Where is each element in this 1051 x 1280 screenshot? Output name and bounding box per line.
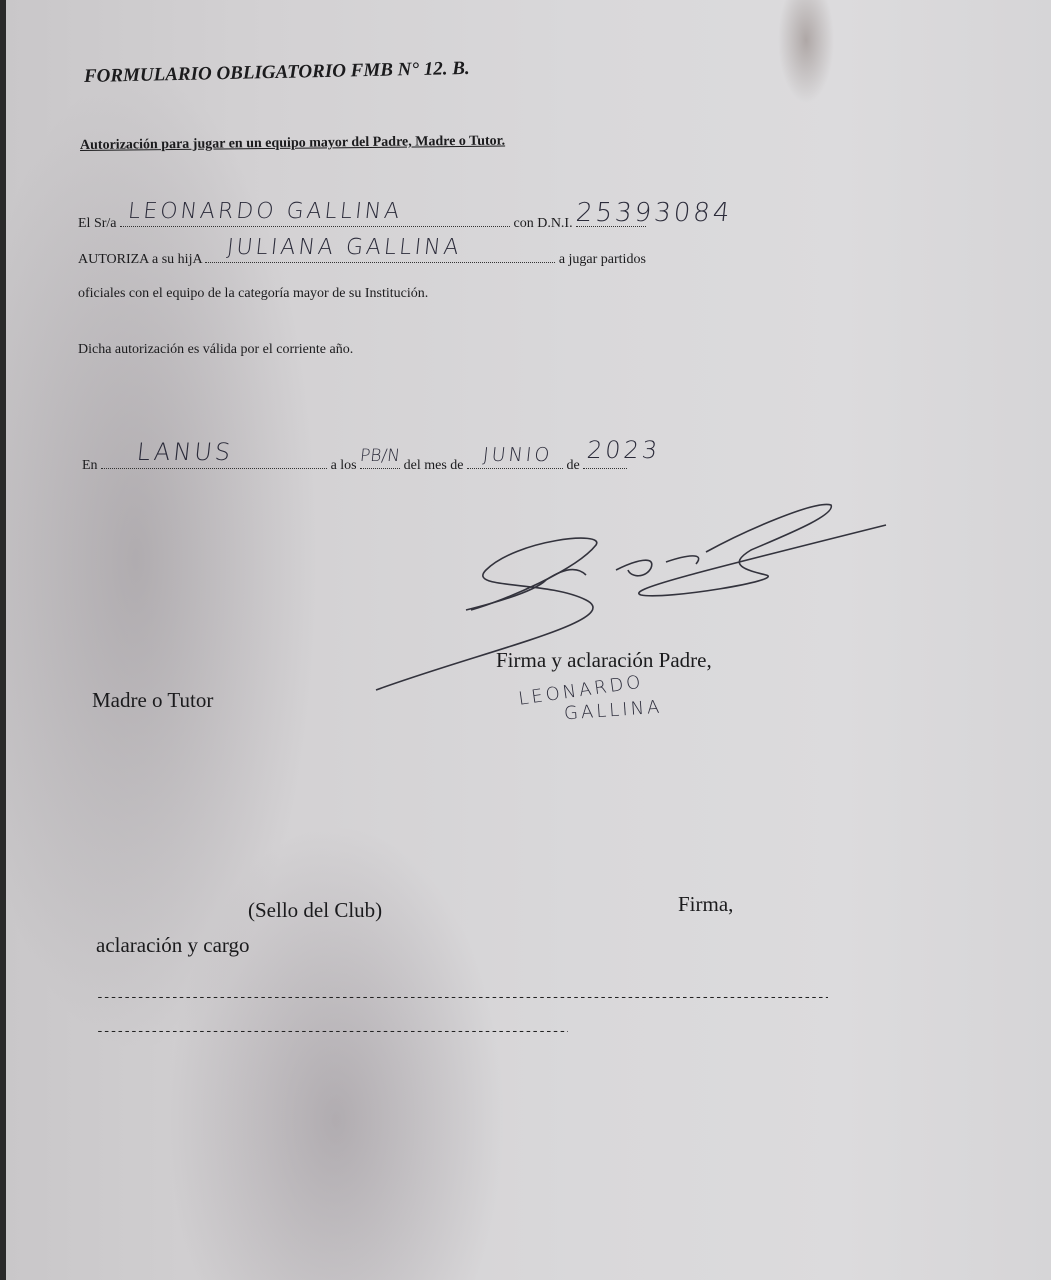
label-sr: El Sr/a	[78, 216, 117, 231]
sello-label: (Sello del Club)	[248, 898, 382, 923]
body-line-3: oficiales con el equipo de la categoría …	[78, 286, 428, 302]
child-line: AUTORIZA a su hijA JULIANA GALLINA a jug…	[78, 250, 646, 268]
signature-dash-line-1[interactable]: ----------------------------------------…	[96, 990, 828, 1005]
month-field[interactable]: JUNIO	[467, 456, 563, 469]
label-mes: del mes de	[404, 458, 464, 473]
dni-value: 25393084	[575, 198, 734, 228]
form-paper: FORMULARIO OBLIGATORIO FMB N° 12. B. Aut…	[6, 0, 1051, 1280]
parent-line: El Sr/a LEONARDO GALLINA con D.N.I. 2539…	[78, 214, 646, 232]
parent-name-field[interactable]: LEONARDO GALLINA	[120, 214, 510, 227]
date-line: En LANUS a los PB/N del mes de JUNIO de …	[82, 456, 627, 474]
day-field[interactable]: PB/N	[360, 456, 400, 469]
aclaracion-cargo-label: aclaración y cargo	[96, 933, 250, 958]
form-title: FORMULARIO OBLIGATORIO FMB N° 12. B.	[84, 58, 470, 88]
place-field[interactable]: LANUS	[101, 456, 327, 469]
year-field[interactable]: 2023	[583, 456, 627, 469]
form-subtitle: Autorización para jugar en un equipo may…	[80, 134, 505, 154]
label-en: En	[82, 458, 98, 473]
label-jugar: a jugar partidos	[559, 252, 646, 267]
label-alos: a los	[331, 458, 357, 473]
dni-field[interactable]: 25393084	[576, 214, 646, 227]
madre-tutor-label: Madre o Tutor	[92, 688, 213, 713]
place-value: LANUS	[136, 438, 235, 466]
firma-label: Firma,	[678, 892, 733, 917]
month-value: JUNIO	[482, 444, 554, 466]
child-name-field[interactable]: JULIANA GALLINA	[205, 250, 555, 263]
child-name-value: JULIANA GALLINA	[226, 235, 463, 260]
signature-dash-line-2[interactable]: ----------------------------------------…	[96, 1024, 568, 1039]
label-autoriza: AUTORIZA a su hijA	[78, 252, 202, 267]
signature-label: Firma y aclaración Padre,	[496, 648, 712, 673]
day-value: PB/N	[359, 446, 401, 466]
year-value: 2023	[586, 436, 662, 464]
label-de: de	[567, 458, 580, 473]
label-dni: con D.N.I.	[514, 216, 573, 231]
body-line-4: Dicha autorización es válida por el corr…	[78, 342, 353, 358]
parent-name-value: LEONARDO GALLINA	[127, 199, 404, 224]
